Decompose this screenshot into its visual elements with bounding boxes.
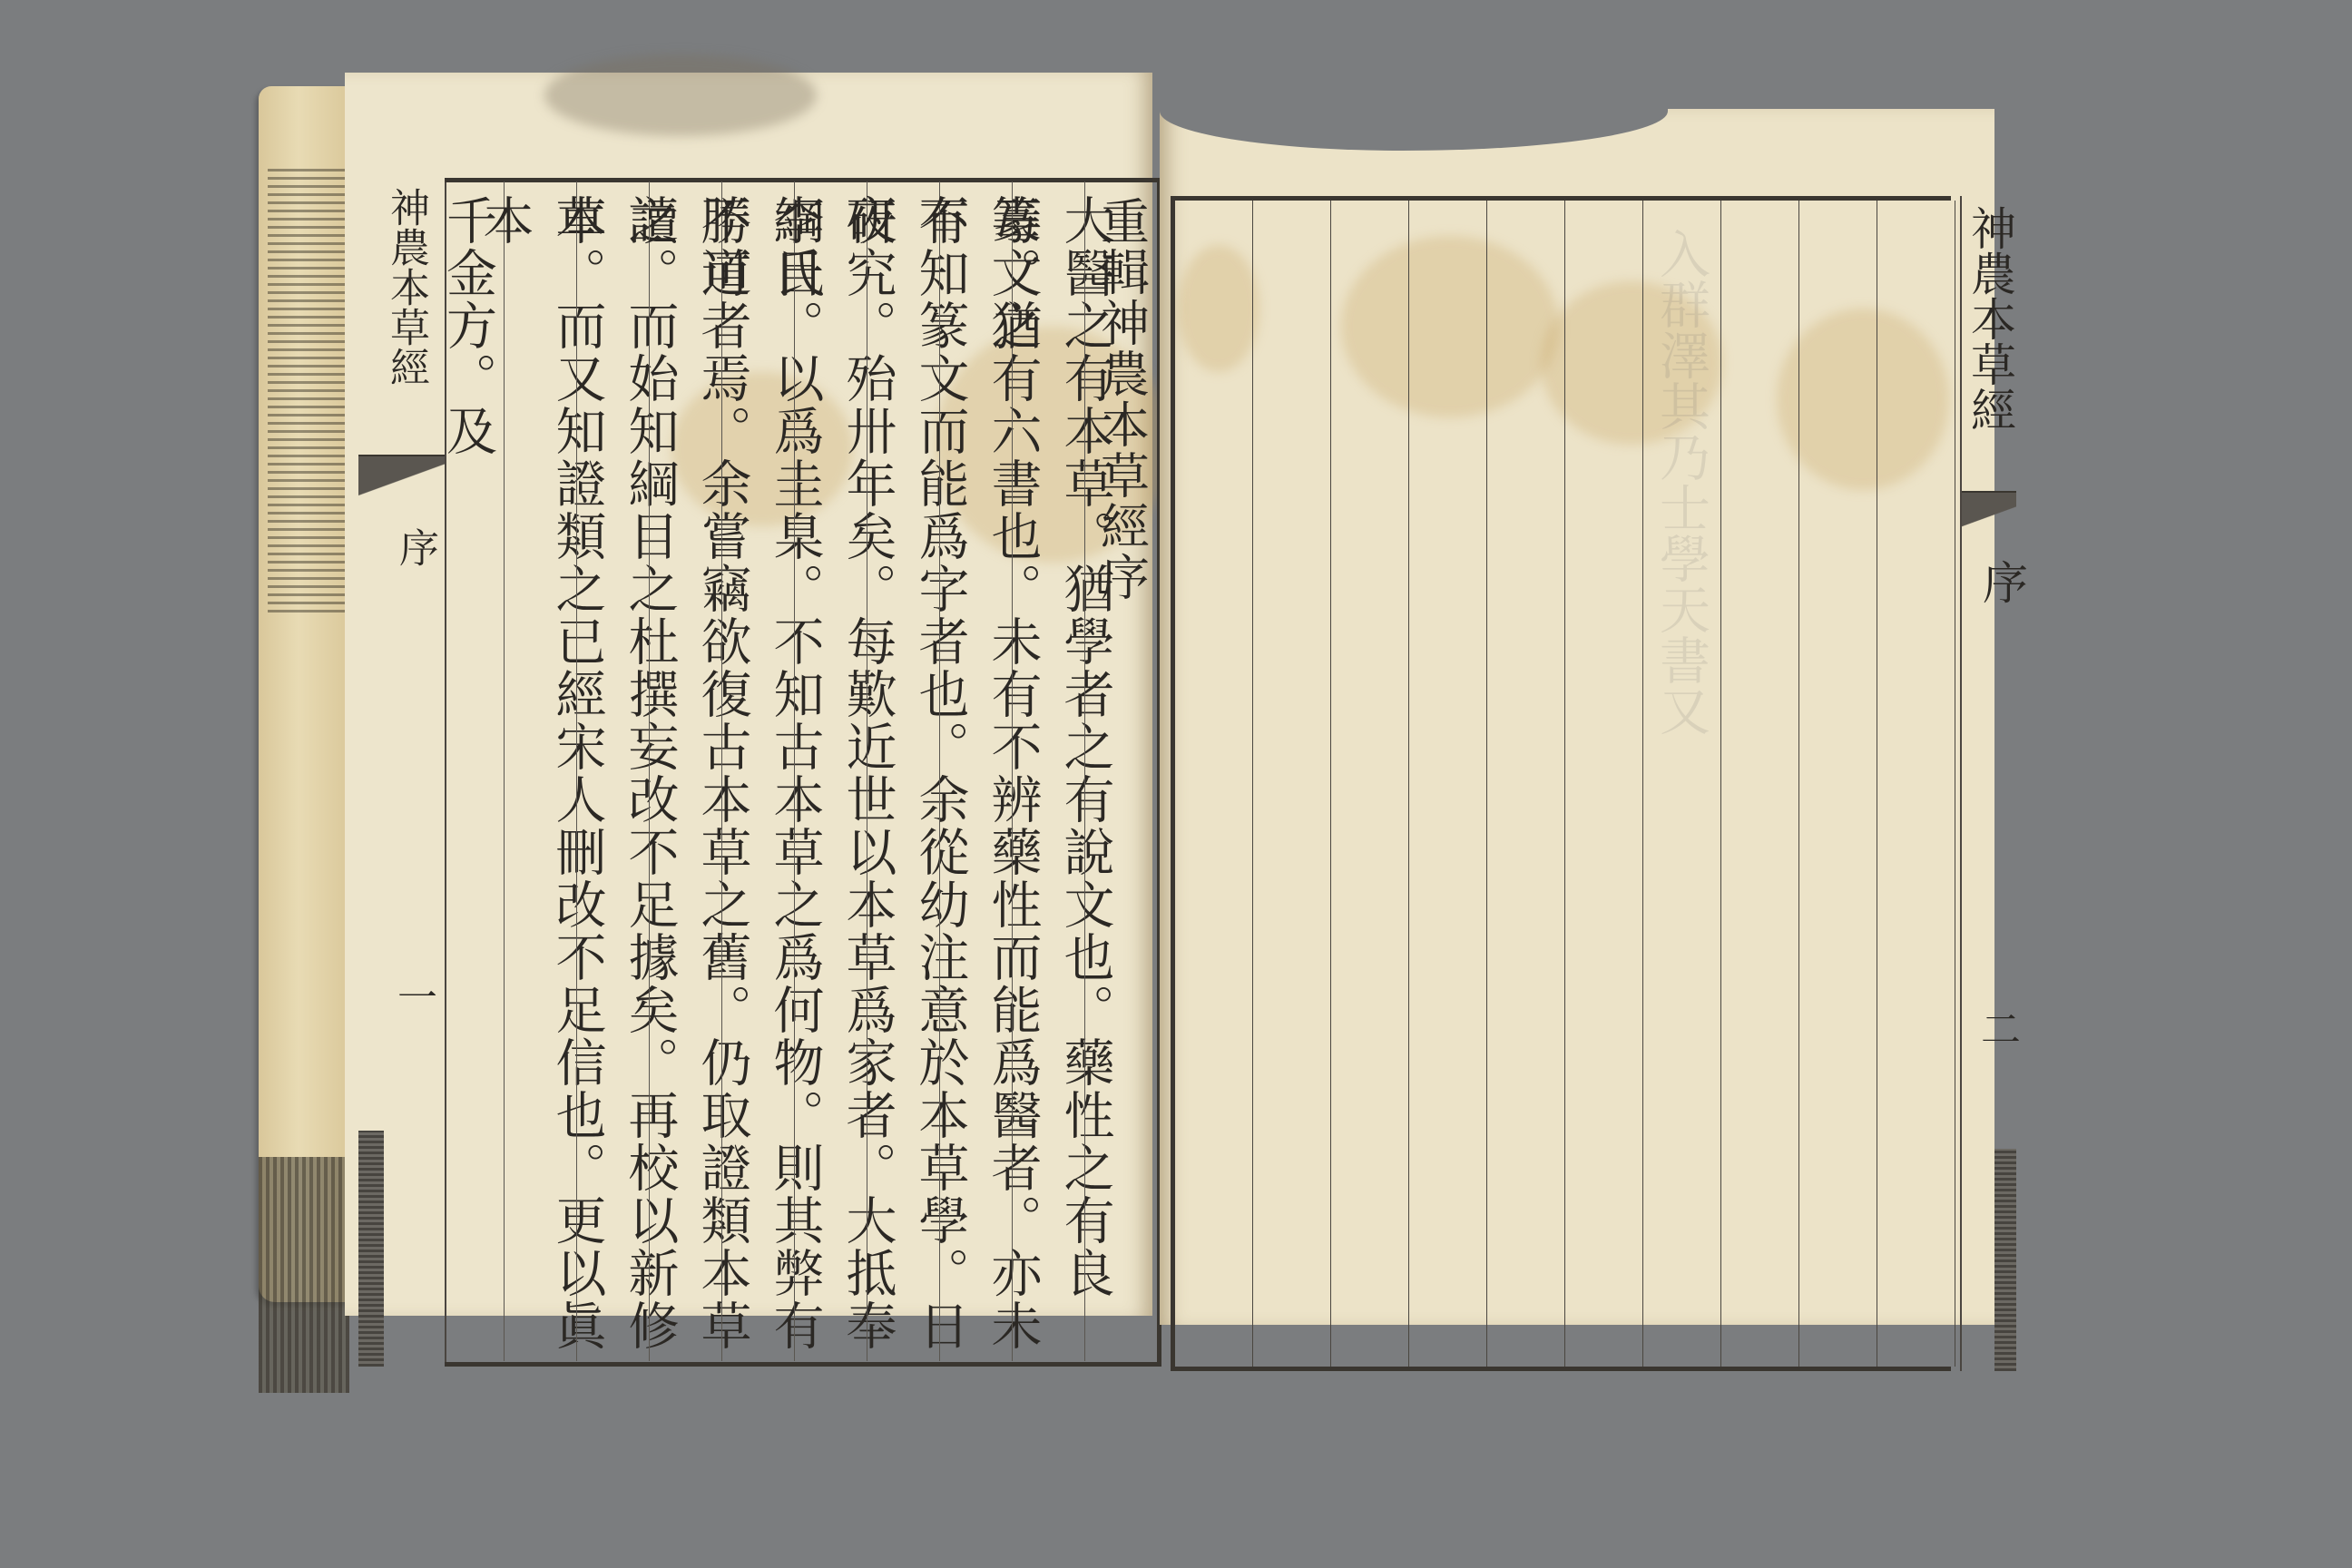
fore-edge-page-stack [259,86,358,1302]
bleed-through-text: 入群澤其乃士學天書又 [1641,228,1720,736]
left-page-text-block: 重輯神農本草經序 大醫之有本草。猶學者之有說文也。藥性之有良毒。猶 篆文之有六書… [445,181,1157,1361]
empty-ruled-column [1175,201,1253,1367]
margin-page-number: 二 [1967,1008,2025,1048]
preface-title-column: 重輯神農本草經序 [1084,181,1157,1361]
torn-top-edge [1160,105,1668,151]
empty-ruled-column [1799,201,1877,1367]
right-page-margin-column: 神農本草經 序 二 [1960,196,2016,1371]
margin-book-title: 神農本草經 [1967,205,2013,432]
margin-book-title: 神農本草經 [386,187,426,387]
empty-ruled-column [1409,201,1487,1367]
margin-section-label: 序 [1969,559,2034,604]
top-edge-damage [544,54,817,136]
black-mouth-band [358,1131,384,1367]
preface-title: 重輯神農本草經序 [1085,181,1158,1361]
fish-tail-ornament [1962,491,2016,547]
fore-edge-dark-band [259,1157,349,1393]
empty-ruled-column [1877,201,1955,1367]
empty-ruled-column [1565,201,1643,1367]
text-column: 大醫之有本草。猶學者之有說文也。藥性之有良毒。猶 [1012,181,1084,1361]
empty-ruled-column [1253,201,1331,1367]
black-mouth-band [1994,1149,2016,1371]
empty-ruled-column [1331,201,1409,1367]
fore-edge-ink-marks [268,168,349,612]
empty-ruled-column [1721,201,1799,1367]
empty-ruled-column [1487,201,1565,1367]
open-book: 神農本草經 序 一 重輯神農本草經序 大醫之有本草。猶學者之有說文也。藥性之有良… [0,0,2352,1568]
right-page-ruled-columns: 入群澤其乃士學天書又 [1175,201,1955,1367]
